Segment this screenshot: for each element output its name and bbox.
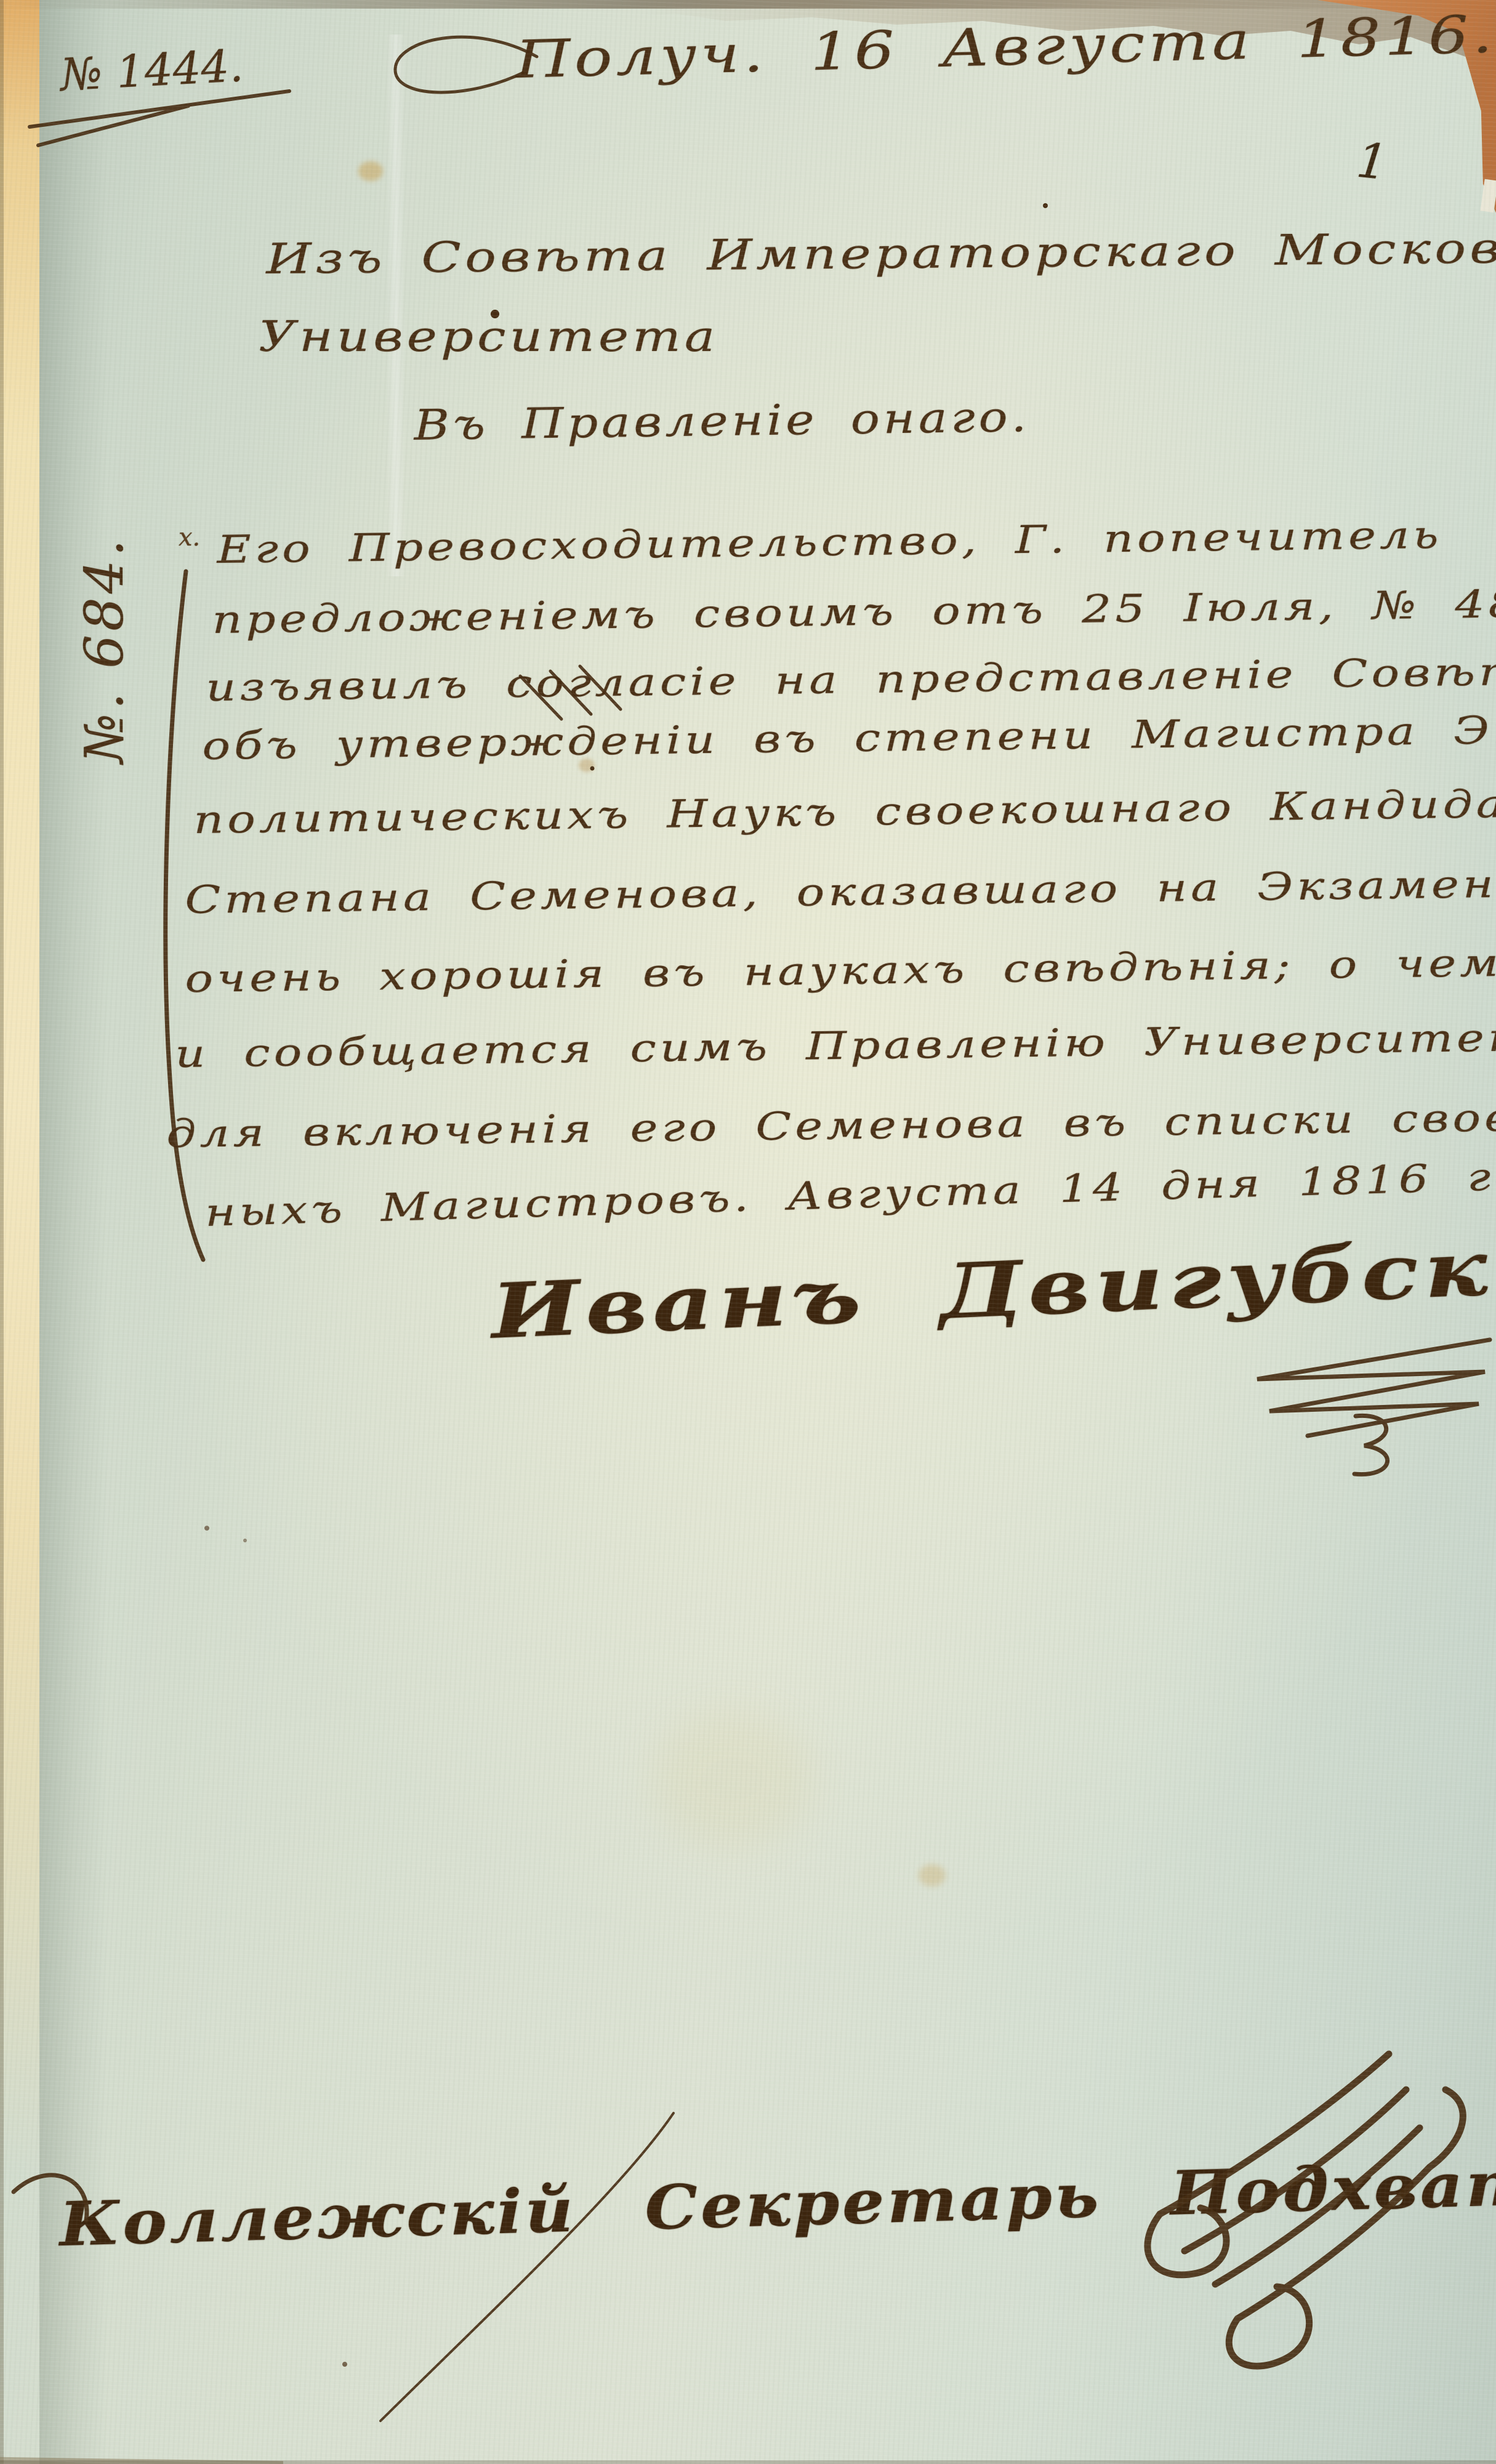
aging-blotch bbox=[653, 1712, 813, 1847]
page-bend-shadow bbox=[39, 0, 107, 2464]
page-bottom-shadow bbox=[0, 2460, 1496, 2464]
foxing-stain bbox=[919, 1864, 946, 1886]
body-line: политическихъ Наукъ своекошнаго Кандидат… bbox=[193, 780, 1496, 842]
signature-flourish bbox=[1257, 1340, 1490, 1436]
ink-speck bbox=[243, 1539, 247, 1542]
body-line: очень хорошія въ наукахъ свѣдѣнія; о чем… bbox=[185, 940, 1496, 1001]
foxing-stain bbox=[358, 161, 383, 181]
margin-case-number: №. 684. bbox=[74, 520, 135, 779]
salutation-line-1: Изъ Совѣта Императорскаго Московскаго bbox=[266, 223, 1496, 284]
torn-paper-sliver bbox=[1480, 179, 1496, 213]
insertion-mark: х. bbox=[179, 523, 200, 552]
body-line: Степана Семенова, оказавшаго на Экзаменѣ bbox=[185, 861, 1496, 922]
body-line: предложеніемъ своимъ отъ 25 Іюля, № 489, bbox=[212, 581, 1496, 642]
body-line: объ утвержденіи въ степени Магистра Этик… bbox=[202, 706, 1496, 768]
body-line: и сообщается симъ Правленію Университета bbox=[175, 1014, 1496, 1076]
page-number: 1 bbox=[1354, 133, 1390, 191]
ink-speck bbox=[204, 1526, 209, 1531]
secretary-ascender-stroke bbox=[380, 2113, 674, 2421]
paper-fold-highlight bbox=[387, 34, 405, 576]
rector-signature: Иванъ Двигубскій bbox=[489, 1218, 1496, 1356]
secretary-signature-line: Коллежскій Секретарь Подхватовъ bbox=[58, 2144, 1496, 2260]
body-line: для включенія его Семенова въ списки сво… bbox=[166, 1093, 1496, 1156]
received-date-note: Получ. 16 Августа 1816. bbox=[515, 4, 1496, 90]
body-line: изъявилъ согласіе на представленіе Совѣт… bbox=[206, 648, 1496, 710]
body-line: ныхъ Магистровъ. Августа 14 дня 1816 год… bbox=[204, 1151, 1496, 1235]
registration-number: № 1444. bbox=[59, 39, 244, 100]
page-left-edge bbox=[0, 0, 4, 2464]
underlying-page-edge bbox=[0, 0, 39, 2464]
salutation-line-2: Университета bbox=[259, 313, 718, 361]
ink-speck bbox=[342, 2362, 347, 2367]
ink-speck bbox=[1043, 203, 1048, 208]
salutation-line-3: Въ Правленіе онаго. bbox=[414, 393, 1030, 450]
manuscript-page: № 1444. Получ. 16 Августа 1816. 1 Изъ Со… bbox=[0, 0, 1496, 2464]
signature-curl bbox=[1354, 1415, 1388, 1474]
